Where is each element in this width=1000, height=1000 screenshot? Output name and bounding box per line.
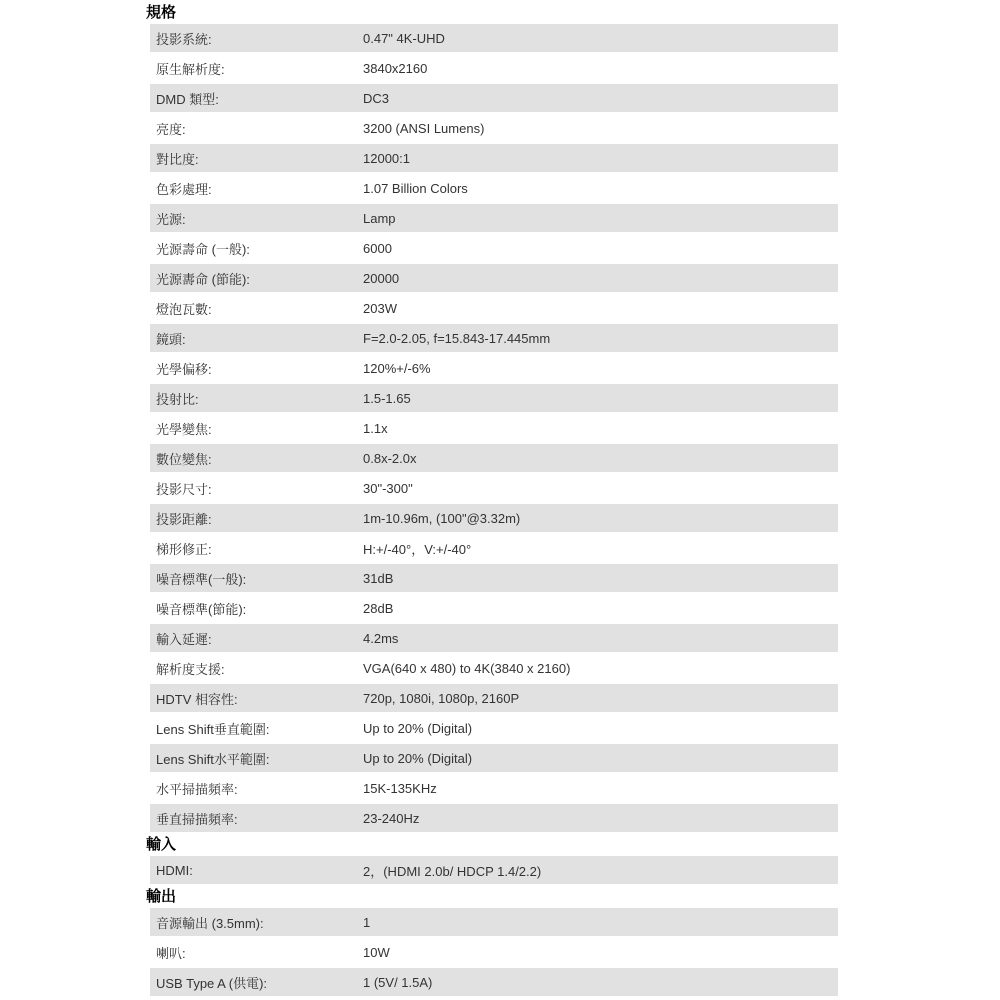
spec-row: 解析度支援:VGA(640 x 480) to 4K(3840 x 2160) [150,654,838,682]
spec-label: 垂直掃描頻率: [150,809,363,828]
spec-row: 水平掃描頻率:15K-135KHz [150,774,838,802]
spec-row: 投影系統:0.47" 4K-UHD [150,24,838,52]
spec-page: 規格 投影系統:0.47" 4K-UHD原生解析度:3840x2160DMD 類… [146,2,838,998]
spec-label: 水平掃描頻率: [150,779,363,798]
spec-value: 2，(HDMI 2.0b/ HDCP 1.4/2.2) [363,861,838,880]
spec-row: 投射比:1.5-1.65 [150,384,838,412]
section-title-inputs: 輸入 [146,834,838,856]
spec-label: 解析度支援: [150,659,363,678]
spec-row: Lens Shift水平範圍:Up to 20% (Digital) [150,744,838,772]
spec-row: 光源:Lamp [150,204,838,232]
spec-row: 原生解析度:3840x2160 [150,54,838,82]
spec-row: 光學偏移:120%+/-6% [150,354,838,382]
spec-row: 噪音標準(節能):28dB [150,594,838,622]
spec-row: 垂直掃描頻率:23-240Hz [150,804,838,832]
spec-value: 4.2ms [363,631,838,646]
spec-value: 15K-135KHz [363,781,838,796]
spec-label: 原生解析度: [150,59,363,78]
spec-value: 1m-10.96m, (100"@3.32m) [363,511,838,526]
spec-label: 燈泡瓦數: [150,299,363,318]
spec-row: 鏡頭:F=2.0-2.05, f=15.843-17.445mm [150,324,838,352]
spec-table-outputs: 音源輸出 (3.5mm):1喇叭:10WUSB Type A (供電):1 (5… [150,908,838,996]
spec-row: Lens Shift垂直範圍:Up to 20% (Digital) [150,714,838,742]
section-outputs: 輸出 音源輸出 (3.5mm):1喇叭:10WUSB Type A (供電):1… [146,886,838,996]
spec-row: 光學變焦:1.1x [150,414,838,442]
spec-row: 投影距離:1m-10.96m, (100"@3.32m) [150,504,838,532]
spec-label: 數位變焦: [150,449,363,468]
spec-label: HDTV 相容性: [150,689,363,708]
spec-label: 噪音標準(一般): [150,569,363,588]
spec-row: 亮度:3200 (ANSI Lumens) [150,114,838,142]
spec-value: 6000 [363,241,838,256]
spec-value: 3200 (ANSI Lumens) [363,121,838,136]
spec-label: 亮度: [150,119,363,138]
spec-value: Up to 20% (Digital) [363,751,838,766]
spec-label: Lens Shift垂直範圍: [150,719,363,738]
spec-label: 光源壽命 (一般): [150,239,363,258]
spec-value: Up to 20% (Digital) [363,721,838,736]
spec-value: 23-240Hz [363,811,838,826]
spec-row: HDTV 相容性:720p, 1080i, 1080p, 2160P [150,684,838,712]
spec-row: 投影尺寸:30"-300" [150,474,838,502]
spec-row: 燈泡瓦數:203W [150,294,838,322]
spec-value: 12000:1 [363,151,838,166]
section-title-outputs: 輸出 [146,886,838,908]
section-inputs: 輸入 HDMI:2，(HDMI 2.0b/ HDCP 1.4/2.2) [146,834,838,884]
spec-value: 0.8x-2.0x [363,451,838,466]
spec-value: 30"-300" [363,481,838,496]
spec-label: 光學變焦: [150,419,363,438]
spec-table-inputs: HDMI:2，(HDMI 2.0b/ HDCP 1.4/2.2) [150,856,838,884]
spec-label: 光源: [150,209,363,228]
spec-label: 喇叭: [150,943,363,962]
spec-row: 對比度:12000:1 [150,144,838,172]
section-specs: 規格 投影系統:0.47" 4K-UHD原生解析度:3840x2160DMD 類… [146,2,838,832]
spec-row: 音源輸出 (3.5mm):1 [150,908,838,936]
spec-value: 120%+/-6% [363,361,838,376]
spec-label: 梯形修正: [150,539,363,558]
spec-label: 投影尺寸: [150,479,363,498]
spec-value: 1 [363,915,838,930]
spec-value: 10W [363,945,838,960]
section-title-specs: 規格 [146,2,838,24]
spec-label: USB Type A (供電): [150,973,363,992]
spec-row: 色彩處理:1.07 Billion Colors [150,174,838,202]
spec-value: 1 (5V/ 1.5A) [363,975,838,990]
spec-label: 色彩處理: [150,179,363,198]
spec-label: 音源輸出 (3.5mm): [150,913,363,932]
spec-label: 投射比: [150,389,363,408]
spec-label: HDMI: [150,863,363,878]
spec-row: HDMI:2，(HDMI 2.0b/ HDCP 1.4/2.2) [150,856,838,884]
spec-row: 光源壽命 (一般):6000 [150,234,838,262]
spec-label: 光學偏移: [150,359,363,378]
spec-value: H:+/-40°，V:+/-40° [363,539,838,558]
spec-row: 光源夀命 (節能):20000 [150,264,838,292]
spec-label: 對比度: [150,149,363,168]
spec-value: 31dB [363,571,838,586]
spec-value: 20000 [363,271,838,286]
spec-value: Lamp [363,211,838,226]
spec-value: 3840x2160 [363,61,838,76]
spec-label: 投影距離: [150,509,363,528]
spec-label: 噪音標準(節能): [150,599,363,618]
spec-value: 28dB [363,601,838,616]
spec-row: 數位變焦:0.8x-2.0x [150,444,838,472]
spec-label: 輸入延遲: [150,629,363,648]
spec-row: 輸入延遲:4.2ms [150,624,838,652]
spec-value: 1.5-1.65 [363,391,838,406]
spec-row: DMD 類型:DC3 [150,84,838,112]
spec-value: 203W [363,301,838,316]
spec-value: 1.07 Billion Colors [363,181,838,196]
spec-label: Lens Shift水平範圍: [150,749,363,768]
spec-value: 0.47" 4K-UHD [363,31,838,46]
spec-table-specs: 投影系統:0.47" 4K-UHD原生解析度:3840x2160DMD 類型:D… [150,24,838,832]
spec-label: 鏡頭: [150,329,363,348]
spec-label: 光源夀命 (節能): [150,269,363,288]
spec-row: 喇叭:10W [150,938,838,966]
spec-label: 投影系統: [150,29,363,48]
spec-value: VGA(640 x 480) to 4K(3840 x 2160) [363,661,838,676]
spec-value: 720p, 1080i, 1080p, 2160P [363,691,838,706]
spec-value: DC3 [363,91,838,106]
spec-row: 噪音標準(一般):31dB [150,564,838,592]
spec-label: DMD 類型: [150,89,363,108]
spec-value: 1.1x [363,421,838,436]
spec-row: 梯形修正:H:+/-40°，V:+/-40° [150,534,838,562]
spec-value: F=2.0-2.05, f=15.843-17.445mm [363,331,838,346]
spec-row: USB Type A (供電):1 (5V/ 1.5A) [150,968,838,996]
